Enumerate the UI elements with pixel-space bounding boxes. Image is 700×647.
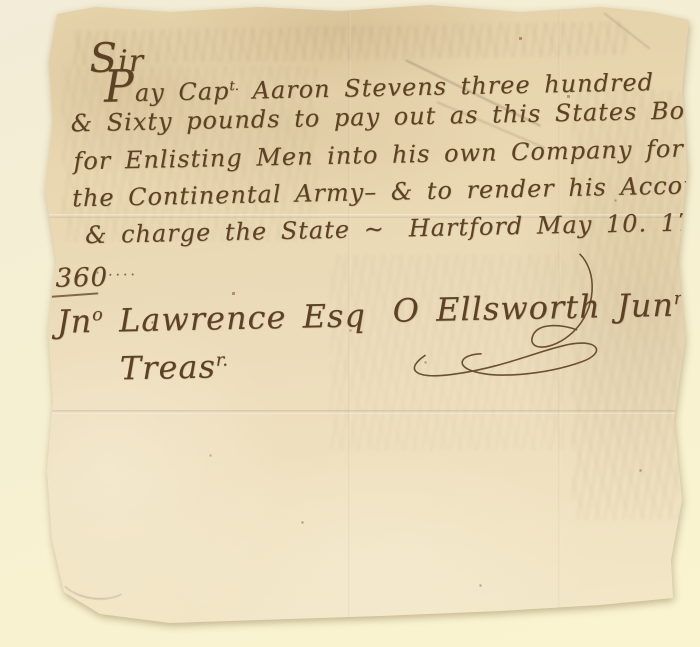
amount-line: £360···· xyxy=(38,263,139,294)
scan-background: { "doc": { "salutation": "Sir", "line1":… xyxy=(0,0,700,647)
treasurer-line: Treasr. xyxy=(119,349,228,386)
abbreviation-superscript: o xyxy=(92,305,103,325)
abbreviation-superscript: r. xyxy=(216,351,228,371)
dateline: Hartford May 10. 1777– xyxy=(408,207,700,242)
payee-name-rest: Lawrence Esq xyxy=(102,296,366,340)
signature-flourish xyxy=(383,246,686,402)
payee-name: Jn xyxy=(56,302,92,341)
amount-trailing-dots: ···· xyxy=(108,267,138,284)
body-line-1-text: Pay Cap xyxy=(104,77,230,108)
paper-shadow-wrap: Sir Pay Capt. Aaron Stevens three hundre… xyxy=(0,0,700,647)
payee-line: Jno Lawrence Esq xyxy=(56,298,366,340)
body-line-4: the Continental Army– & to render his Ac… xyxy=(72,171,700,211)
ink-speckles xyxy=(0,0,1,1)
body-line-3: for Enlisting Men into his own Company f… xyxy=(73,136,684,175)
treasurer-title: Treas xyxy=(119,347,216,387)
amount-value: £360 xyxy=(38,263,109,294)
body-line-5-text: & charge the State ~ xyxy=(85,215,385,249)
body-line-5: & charge the State ~Hartford May 10. 177… xyxy=(85,208,700,248)
abbreviation-superscript: t. xyxy=(229,79,239,94)
handwriting-layer: Sir Pay Capt. Aaron Stevens three hundre… xyxy=(0,0,700,647)
paper-sheet: Sir Pay Capt. Aaron Stevens three hundre… xyxy=(0,0,700,647)
